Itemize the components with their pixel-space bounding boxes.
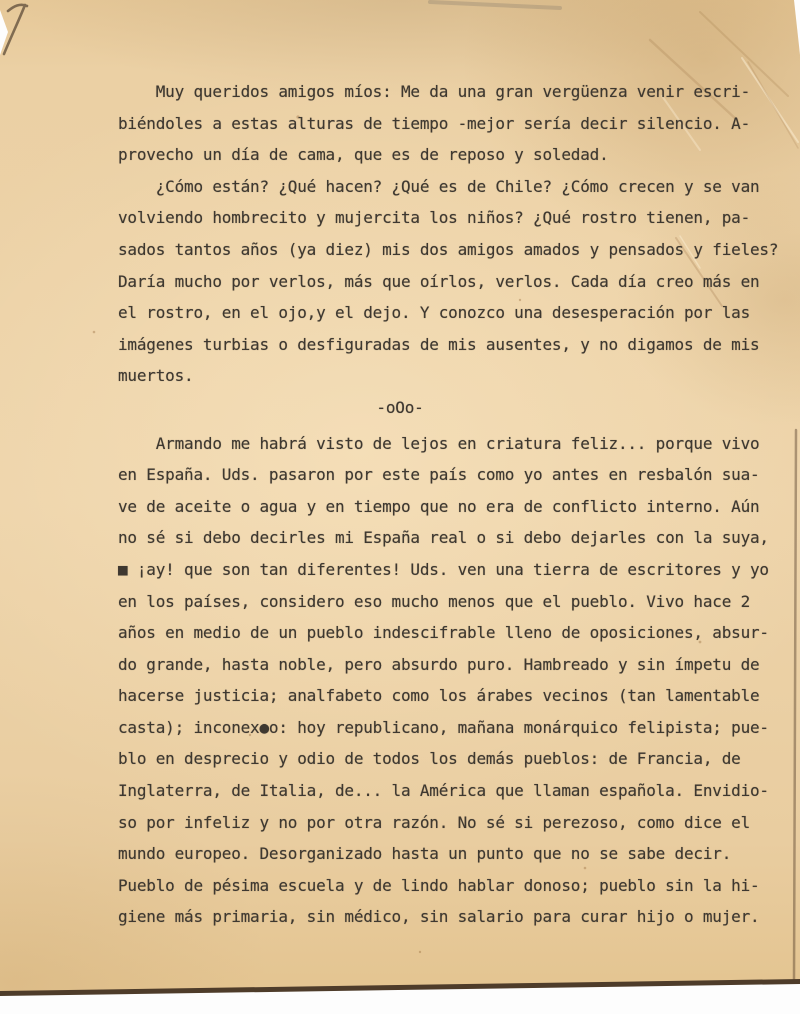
- letter-line: giene más primaria, sin médico, sin sala…: [118, 901, 794, 933]
- letter-line: do grande, hasta noble, pero absurdo pur…: [118, 649, 794, 681]
- letter-line: años en medio de un pueblo indescifrable…: [118, 617, 794, 649]
- letter-line: en los países, considero eso mucho menos…: [118, 586, 794, 618]
- letter-line: imágenes turbias o desfiguradas de mis a…: [118, 329, 794, 361]
- letter-line: Armando me habrá visto de lejos en criat…: [118, 428, 794, 460]
- letter-line: blo en desprecio y odio de todos los dem…: [118, 743, 794, 775]
- letter-line: muertos.: [118, 360, 794, 392]
- letter-line: en España. Uds. pasaron por este país co…: [118, 459, 794, 491]
- letter-line: hacerse justicia; analfabeto como los ár…: [118, 680, 794, 712]
- letter-line: Muy queridos amigos míos: Me da una gran…: [118, 76, 794, 108]
- letter-line: biéndoles a estas alturas de tiempo -mej…: [118, 108, 794, 140]
- letter-line: Pueblo de pésima escuela y de lindo habl…: [118, 870, 794, 902]
- letter-line: ¿Cómo están? ¿Qué hacen? ¿Qué es de Chil…: [118, 171, 794, 203]
- letter-line: ve de aceite o agua y en tiempo que no e…: [118, 491, 794, 523]
- letter-body: Muy queridos amigos míos: Me da una gran…: [118, 76, 794, 933]
- letter-line: so por infeliz y no por otra razón. No s…: [118, 807, 794, 839]
- section-separator: -oOo-: [0, 392, 800, 424]
- letter-line: el rostro, en el ojo,y el dejo. Y conozc…: [118, 297, 794, 329]
- letter-line: Daría mucho por verlos, más que oírlos, …: [118, 266, 794, 298]
- letter-line: no sé si debo decirles mi España real o …: [118, 522, 794, 554]
- letter-line: provecho un día de cama, que es de repos…: [118, 139, 794, 171]
- letter-line: sados tantos años (ya diez) mis dos amig…: [118, 234, 794, 266]
- letter-line: volviendo hombrecito y mujercita los niñ…: [118, 202, 794, 234]
- letter-line: mundo europeo. Desorganizado hasta un pu…: [118, 838, 794, 870]
- scanned-letter-page: Muy queridos amigos míos: Me da una gran…: [0, 0, 800, 1014]
- letter-line: Inglaterra, de Italia, de... la América …: [118, 775, 794, 807]
- letter-line: ■ ¡ay! que son tan diferentes! Uds. ven …: [118, 554, 794, 586]
- letter-line: casta); inconex●o: hoy republicano, maña…: [118, 712, 794, 744]
